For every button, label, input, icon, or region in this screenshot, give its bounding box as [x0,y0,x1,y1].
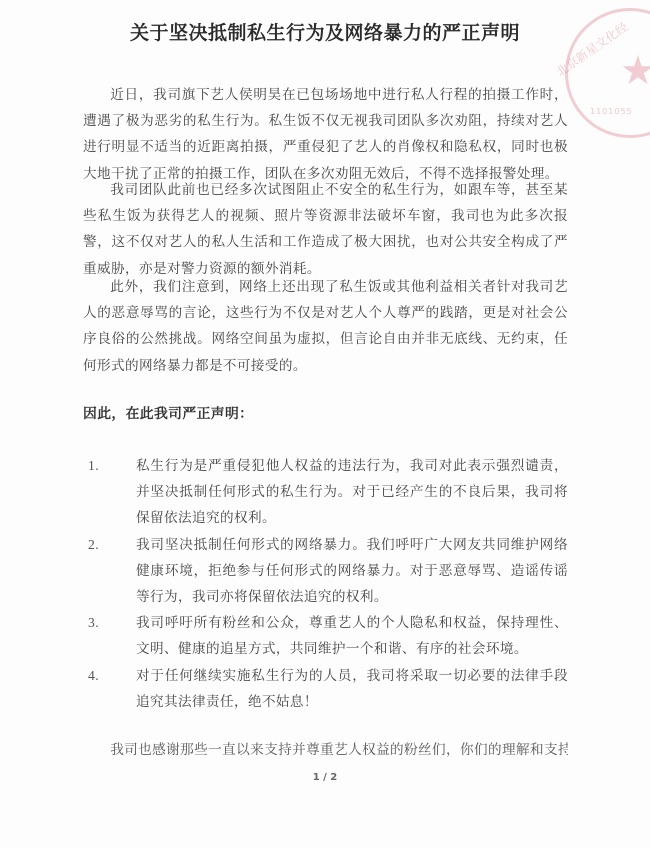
declaration-number: 1. [88,453,99,479]
declaration-item: 3. 我司呼吁所有粉丝和公众，尊重艺人的个人隐私和权益，保持理性、文明、健康的追… [83,610,568,662]
declaration-item: 4. 对于任何继续实施私生行为的人员，我司将采取一切必要的法律手段追究其法律责任… [83,663,568,715]
document-page: 北京新星文化经 ★ 1101055 关于坚决抵制私生行为及网络暴力的严正声明 近… [0,0,650,848]
page-number: 1 / 2 [0,772,650,783]
declaration-text: 我司坚决抵制任何形式的网络暴力。我们呼吁广大网友共同维护网络健康环境，拒绝参与任… [136,537,568,605]
paragraph-prior-attempts: 我司团队此前也已经多次试图阻止不安全的私生行为，如跟车等，甚至某些私生饭为获得艺… [83,177,568,282]
declaration-list: 1. 私生行为是严重侵犯他人权益的违法行为，我司对此表示强烈谴责，并坚决抵制任何… [83,453,568,715]
declaration-number: 4. [88,663,99,689]
closing-paragraph: 我司也感谢那些一直以来支持并尊重艺人权益的粉丝们，你们的理解和支持 [83,737,568,763]
declaration-item: 1. 私生行为是严重侵犯他人权益的违法行为，我司对此表示强烈谴责，并坚决抵制任何… [83,453,568,532]
declaration-text: 私生行为是严重侵犯他人权益的违法行为，我司对此表示强烈谴责，并坚决抵制任何形式的… [136,458,568,526]
declaration-item: 2. 我司坚决抵制任何形式的网络暴力。我们呼吁广大网友共同维护网络健康环境，拒绝… [83,532,568,611]
paragraph-online-abuse: 此外，我们注意到，网络上还出现了私生饭或其他利益相关者针对我司艺人的恶意辱骂的言… [83,274,568,379]
star-icon: ★ [620,51,650,91]
paragraph-incident: 近日，我司旗下艺人侯明昊在已包场场地中进行私人行程的拍摄工作时，遭遇了极为恶劣的… [83,82,568,187]
seal-code: 1101055 [590,107,633,116]
declaration-number: 2. [88,532,99,558]
declaration-heading: 因此，在此我司严正声明： [83,402,253,422]
declaration-number: 3. [88,610,99,636]
document-title: 关于坚决抵制私生行为及网络暴力的严正声明 [0,18,650,45]
declaration-text: 对于任何继续实施私生行为的人员，我司将采取一切必要的法律手段追究其法律责任，绝不… [136,668,568,710]
declaration-text: 我司呼吁所有粉丝和公众，尊重艺人的个人隐私和权益，保持理性、文明、健康的追星方式… [136,615,568,657]
